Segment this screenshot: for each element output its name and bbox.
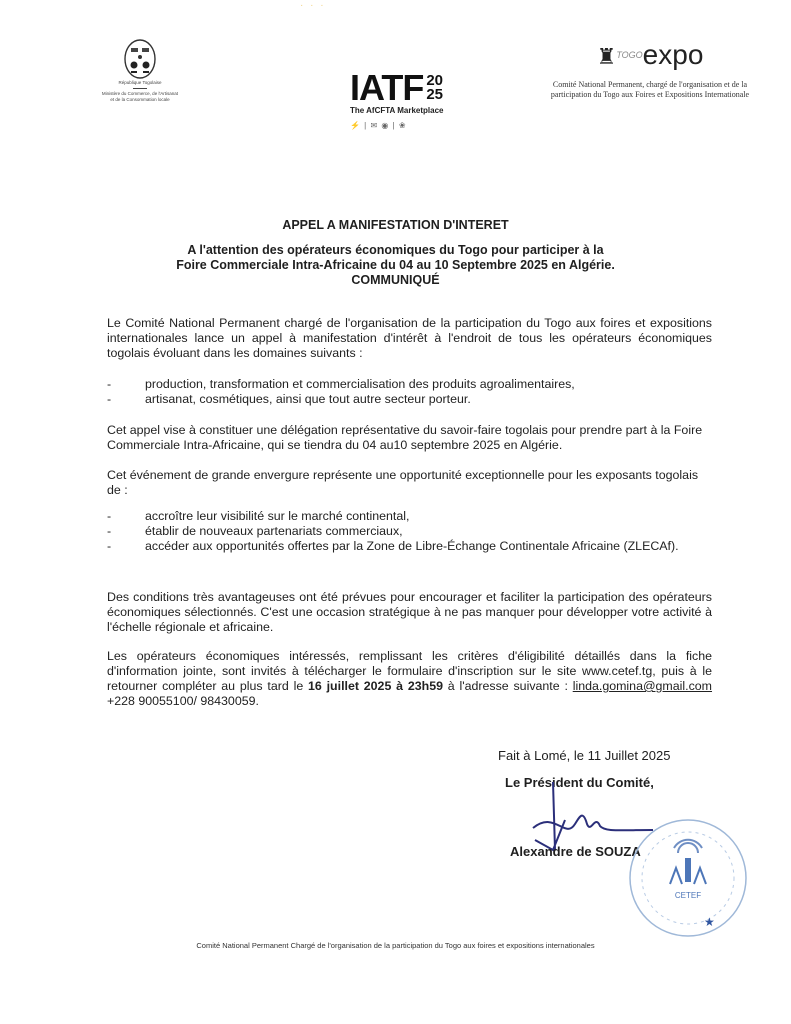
partner-logos: ⚡ | ✉ ◉ | ❀ [350, 121, 460, 130]
togoexpo-logo: ♜TOGOexpo Comité National Permanent, cha… [540, 40, 760, 100]
divider [133, 88, 147, 89]
list-item: production, transformation et commercial… [107, 377, 712, 392]
paragraph-conditions: Des conditions très avantageuses ont été… [107, 590, 712, 635]
svg-text:★: ★ [704, 915, 715, 929]
document-title: APPEL A MANIFESTATION D'INTERET [0, 218, 791, 232]
list-item: artisanat, cosmétiques, ainsi que tout a… [107, 392, 712, 407]
paragraph-purpose: Cet appel vise à constituer une délégati… [107, 423, 712, 453]
place-date: Fait à Lomé, le 11 Juillet 2025 [498, 748, 670, 763]
paragraph-instructions: Les opérateurs économiques intéressés, r… [107, 649, 712, 709]
list-item: accéder aux opportunités offertes par la… [107, 539, 712, 554]
list-item: établir de nouveaux partenariats commerc… [107, 524, 712, 539]
email-link[interactable]: linda.gomina@gmail.com [573, 679, 712, 693]
svg-text:CETEF: CETEF [675, 891, 701, 900]
footer-text: Comité National Permanent Chargé de l'or… [0, 941, 791, 950]
paragraph-intro: Le Comité National Permanent chargé de l… [107, 316, 712, 361]
official-stamp-icon: CETEF ★ [618, 818, 768, 938]
top-scan-mark: · · · [300, 0, 400, 10]
deadline: 16 juillet 2025 à 23h59 [308, 679, 443, 693]
list-item: accroître leur visibilité sur le marché … [107, 509, 712, 524]
document-subtitle: A l'attention des opérateurs économiques… [0, 243, 791, 288]
coat-of-arms-icon [122, 38, 158, 80]
phone-numbers: +228 90055100/ 98430059. [107, 694, 259, 708]
ministry-logo: République Togolaise Ministère du Commer… [95, 38, 185, 103]
paragraph-opportunity: Cet événement de grande envergure représ… [107, 468, 712, 498]
iatf-logo: IATF 2025 The AfCFTA Marketplace ⚡ | ✉ ◉… [350, 72, 460, 130]
opportunities-list: accroître leur visibilité sur le marché … [107, 509, 712, 554]
website-link[interactable]: www.cetef.tg [582, 664, 652, 678]
person-icon: ♜ [597, 44, 617, 69]
domains-list: production, transformation et commercial… [107, 377, 712, 407]
